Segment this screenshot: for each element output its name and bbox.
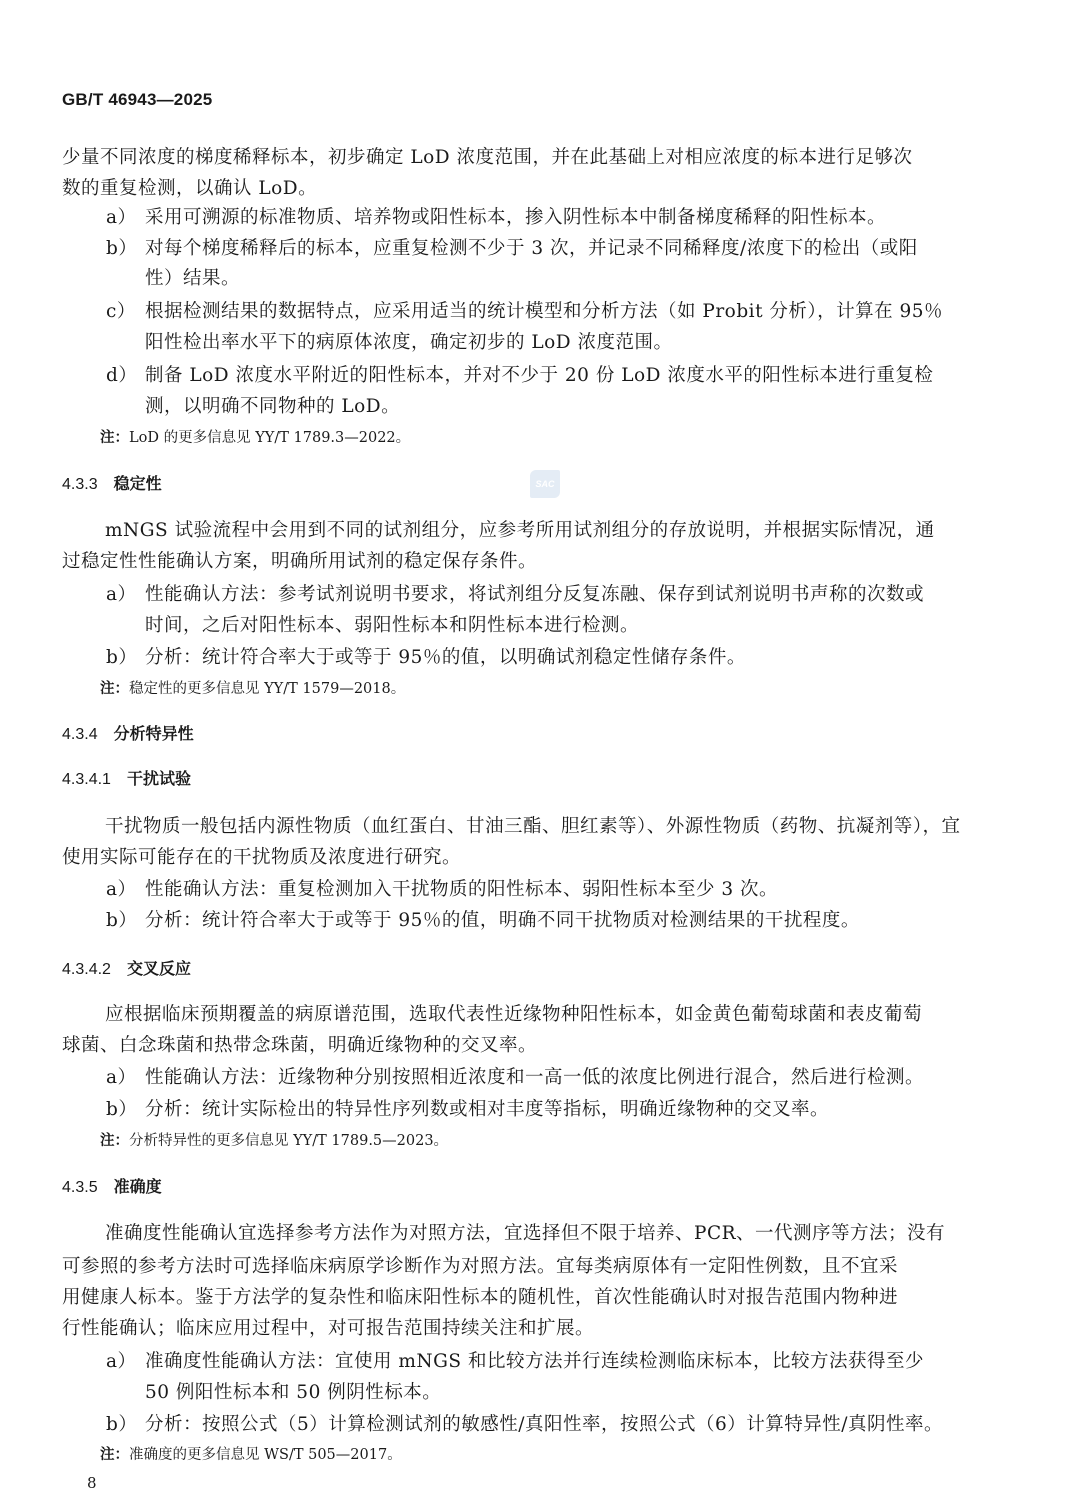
section-number: 4.3.5: [62, 1178, 98, 1198]
section-number: 4.3.4: [62, 725, 98, 745]
item-text: 性能确认方法：参考试剂说明书要求，将试剂组分反复冻融、保存到试剂说明书声称的次数…: [145, 584, 924, 606]
item-text: 分析：按照公式（5）计算检测试剂的敏感性/真阳性率，按照公式（6）计算特异性/真…: [145, 1414, 943, 1436]
paragraph-line: 使用实际可能存在的干扰物质及浓度进行研究。: [62, 847, 461, 869]
item-text: 阳性检出率水平下的病原体浓度，确定初步的 LoD 浓度范围。: [145, 332, 673, 354]
item-text: 分析：统计实际检出的特异性序列数或相对丰度等指标，明确近缘物种的交叉率。: [145, 1099, 829, 1121]
note-text: 分析特异性的更多信息见 YY/T 1789.5—2023。: [129, 1133, 448, 1149]
note-text: LoD 的更多信息见 YY/T 1789.3—2022。: [129, 430, 410, 446]
item-label: a）: [106, 207, 137, 229]
page-number: 8: [87, 1474, 97, 1492]
item-label: c）: [106, 301, 136, 323]
item-text: 分析：统计符合率大于或等于 95％的值，明确不同干扰物质对检测结果的干扰程度。: [145, 910, 860, 932]
note-prefix: 注：: [100, 1133, 129, 1149]
item-label: a）: [106, 584, 137, 606]
section-number: 4.3.4.1: [62, 770, 111, 790]
item-text: 分析：统计符合率大于或等于 95％的值，以明确试剂稳定性储存条件。: [145, 647, 746, 669]
note-prefix: 注：: [100, 681, 129, 697]
note: 注：分析特异性的更多信息见 YY/T 1789.5—2023。: [100, 1132, 448, 1150]
section-number: 4.3.4.2: [62, 960, 111, 980]
document-page: GB/T 46943—2025 少量不同浓度的梯度稀释标本，初步确定 LoD 浓…: [0, 0, 1080, 1502]
paragraph-line: 数的重复检测，以确认 LoD。: [62, 178, 317, 200]
item-text: 性能确认方法：重复检测加入干扰物质的阳性标本、弱阳性标本至少 3 次。: [145, 879, 778, 901]
paragraph-line: 用健康人标本。鉴于方法学的复杂性和临床阳性标本的随机性，首次性能确认时对报告范围…: [62, 1287, 898, 1309]
item-text: 测，以明确不同物种的 LoD。: [145, 396, 400, 418]
note-prefix: 注：: [100, 430, 129, 446]
item-text: 制备 LoD 浓度水平附近的阳性标本，并对不少于 20 份 LoD 浓度水平的阳…: [145, 365, 933, 387]
paragraph-line: 可参照的参考方法时可选择临床病原学诊断作为对照方法。宜每类病原体有一定阳性例数，…: [62, 1256, 898, 1278]
item-text: 时间，之后对阳性标本、弱阳性标本和阴性标本进行检测。: [145, 615, 639, 637]
item-text: 对每个梯度稀释后的标本，应重复检测不少于 3 次，并记录不同稀释度/浓度下的检出…: [145, 238, 918, 260]
section-title: 干扰试验: [127, 769, 191, 788]
section-heading-4-3-4-1: 4.3.4.1干扰试验: [62, 769, 191, 790]
note: 注：LoD 的更多信息见 YY/T 1789.3—2022。: [100, 429, 410, 447]
paragraph-line: 球菌、白念珠菌和热带念珠菌，明确近缘物种的交叉率。: [62, 1035, 537, 1057]
paragraph-line: mNGS 试验流程中会用到不同的试剂组分，应参考所用试剂组分的存放说明，并根据实…: [105, 520, 935, 542]
paragraph-line: 过稳定性性能确认方案，明确所用试剂的稳定保存条件。: [62, 551, 537, 573]
item-label: b）: [106, 647, 137, 669]
item-label: a）: [106, 1067, 137, 1089]
section-title: 交叉反应: [127, 959, 191, 978]
item-label: b）: [106, 910, 137, 932]
note: 注：准确度的更多信息见 WS/T 505—2017。: [100, 1446, 402, 1464]
section-number: 4.3.3: [62, 475, 98, 495]
item-text: 50 例阳性标本和 50 例阴性标本。: [145, 1382, 441, 1404]
section-heading-4-3-4: 4.3.4分析特异性: [62, 724, 194, 745]
item-label: b）: [106, 1099, 137, 1121]
section-heading-4-3-5: 4.3.5准确度: [62, 1177, 162, 1198]
section-title: 准确度: [114, 1177, 162, 1196]
paragraph-line: 干扰物质一般包括内源性物质（血红蛋白、甘油三酯、胆红素等）、外源性物质（药物、抗…: [105, 816, 961, 838]
paragraph-line: 行性能确认；临床应用过程中，对可报告范围持续关注和扩展。: [62, 1318, 594, 1340]
item-text: 根据检测结果的数据特点，应采用适当的统计模型和分析方法（如 Probit 分析）…: [145, 301, 943, 323]
item-text: 准确度性能确认方法：宜使用 mNGS 和比较方法并行连续检测临床标本，比较方法获…: [145, 1351, 924, 1373]
note: 注：稳定性的更多信息见 YY/T 1579—2018。: [100, 680, 405, 698]
note-prefix: 注：: [100, 1447, 129, 1463]
section-heading-4-3-4-2: 4.3.4.2交叉反应: [62, 959, 191, 980]
note-text: 稳定性的更多信息见 YY/T 1579—2018。: [129, 681, 405, 697]
item-label: b）: [106, 1414, 137, 1436]
paragraph-line: 少量不同浓度的梯度稀释标本，初步确定 LoD 浓度范围，并在此基础上对相应浓度的…: [62, 147, 913, 169]
item-text: 性能确认方法：近缘物种分别按照相近浓度和一高一低的浓度比例进行混合，然后进行检测…: [145, 1067, 924, 1089]
note-text: 准确度的更多信息见 WS/T 505—2017。: [129, 1447, 402, 1463]
sac-watermark-logo: SAC: [530, 470, 560, 498]
item-text: 性）结果。: [145, 268, 240, 290]
section-title: 分析特异性: [114, 724, 194, 743]
item-label: b）: [106, 238, 137, 260]
paragraph-line: 应根据临床预期覆盖的病原谱范围，选取代表性近缘物种阳性标本，如金黄色葡萄球菌和表…: [105, 1004, 922, 1026]
item-label: a）: [106, 1351, 137, 1373]
item-label: a）: [106, 879, 137, 901]
standard-code: GB/T 46943—2025: [62, 90, 212, 110]
item-label: d）: [106, 365, 137, 387]
paragraph-line: 准确度性能确认宜选择参考方法作为对照方法，宜选择但不限于培养、PCR、一代测序等…: [105, 1223, 945, 1245]
section-title: 稳定性: [114, 474, 162, 493]
section-heading-4-3-3: 4.3.3稳定性: [62, 474, 162, 495]
item-text: 采用可溯源的标准物质、培养物或阳性标本，掺入阴性标本中制备梯度稀释的阳性标本。: [145, 207, 886, 229]
